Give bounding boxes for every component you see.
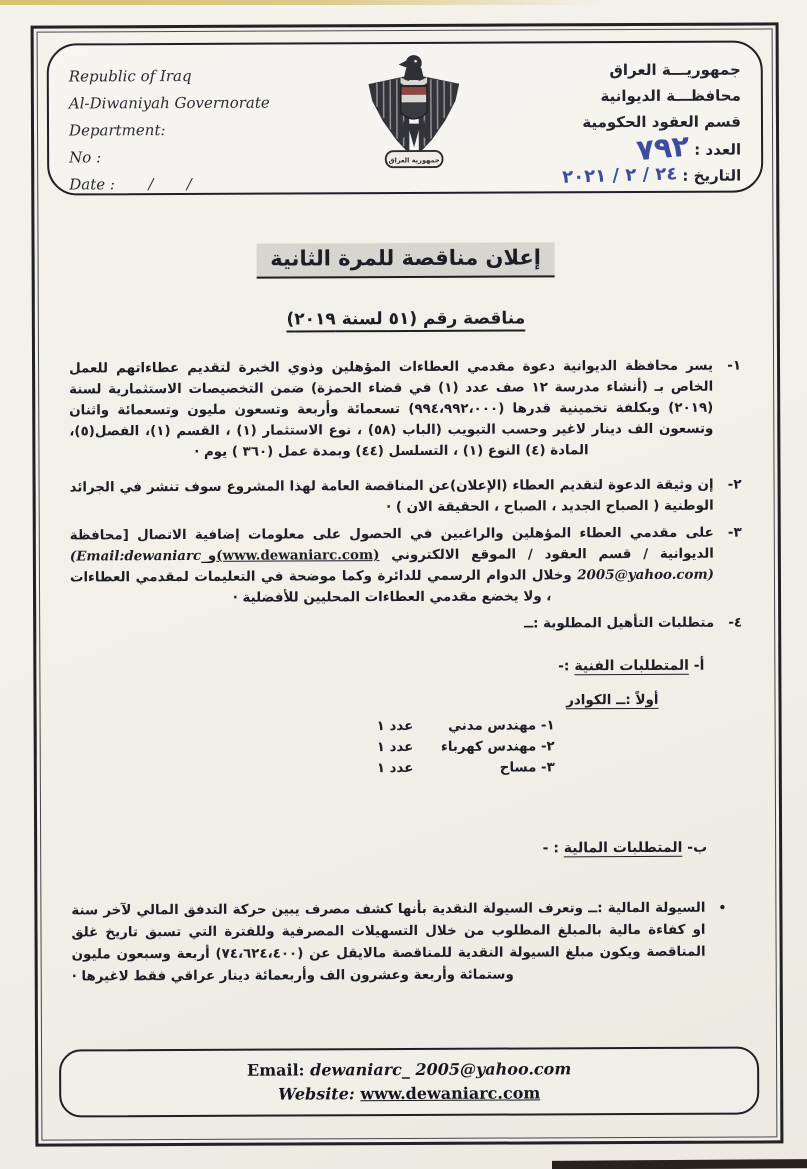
- letterhead-arabic: جمهوريـــة العراق محافظـــة الديوانية قس…: [501, 53, 742, 182]
- letterhead-governorate-en: Al-Diwaniyah Governorate: [69, 89, 327, 117]
- footer-email-label: Email:: [247, 1060, 305, 1079]
- paragraph-4-text: متطلبات التأهيل المطلوبة :ــ: [70, 613, 714, 637]
- letterhead-country-en: Republic of Iraq: [69, 62, 327, 90]
- document-number-line: العدد : ٧٩٢: [501, 135, 741, 166]
- letterhead-date-en: Date : / /: [69, 170, 327, 198]
- cadres-subheading: أولاً :ــ الكوادر: [566, 692, 659, 708]
- paragraph-1: ١- يسر محافظة الديوانية دعوة مقدمي العطا…: [69, 356, 741, 464]
- cadre-row-surveyor: ٣- مساح عدد ١: [377, 758, 555, 779]
- number-label: العدد :: [694, 141, 741, 159]
- cadres-list: ١- مهندس مدني عدد ١ ٢- مهندس كهرباء عدد …: [51, 715, 765, 780]
- cadre-name: ١- مهندس مدني: [448, 716, 555, 736]
- letterhead-contracts-dept-ar: قسم العقود الحكومية: [501, 109, 741, 136]
- footer-email-line: Email: dewaniarc_ 2005@yahoo.com: [247, 1057, 571, 1082]
- paragraph-2-text: إن وثيقة الدعوة لتقديم العطاء (الإعلان)ع…: [70, 475, 714, 520]
- paragraph-3-number: ٣-: [714, 523, 742, 607]
- svg-text:جمهورية العراق: جمهورية العراق: [389, 156, 440, 164]
- letterhead-department-en: Department:: [69, 116, 327, 144]
- liquidity-paragraph: • السيولة المالية :ــ وتعرف السيولة النق…: [71, 898, 739, 989]
- cadre-row-civil-engineer: ١- مهندس مدني عدد ١: [377, 716, 555, 737]
- footer-website-value[interactable]: www.dewaniarc.com: [360, 1083, 540, 1103]
- paragraph-4: ٤- متطلبات التأهيل المطلوبة :ــ: [70, 613, 742, 637]
- paragraph-3: ٣- على مقدمي العطاء المؤهلين والراغبين ف…: [70, 523, 742, 610]
- paragraph-4-number: ٤-: [714, 613, 742, 634]
- iraq-eagle-emblem-icon: جمهورية العراق: [362, 51, 467, 185]
- cadre-row-electrical-engineer: ٢- مهندس كهرباء عدد ١: [377, 737, 555, 758]
- footer-website-label: Website:: [278, 1084, 355, 1103]
- handwritten-document-number: ٧٩٢: [635, 135, 690, 160]
- paragraph-2-number: ٢-: [714, 475, 742, 517]
- cadre-name: ٢- مهندس كهرباء: [441, 737, 555, 757]
- letterhead-english: Republic of Iraq Al-Diwaniyah Governorat…: [69, 54, 328, 183]
- document-date-line: التاريخ : ٢٤ / ٢ / ٢٠٢١: [501, 165, 741, 196]
- cadre-count: عدد ١: [377, 759, 414, 779]
- letterhead-governorate-ar: محافظـــة الديوانية: [501, 83, 741, 110]
- bullet-icon: •: [705, 898, 739, 986]
- document-border-frame: Republic of Iraq Al-Diwaniyah Governorat…: [31, 22, 784, 1146]
- scan-edge-strip: [0, 0, 807, 5]
- tender-number-subtitle: مناقصة رقم (٥١ لسنة ٢٠١٩): [286, 308, 525, 332]
- letterhead-no-en: No :: [69, 143, 327, 171]
- cadre-count: عدد ١: [377, 738, 414, 758]
- scan-table-shadow: [552, 1159, 807, 1169]
- technical-requirements-heading: المتطلبات الفنية: [574, 658, 689, 674]
- footer-website-line: Website: www.dewaniarc.com: [278, 1081, 540, 1106]
- financial-requirements-heading: المتطلبات المالية: [564, 840, 683, 857]
- scanned-page: Republic of Iraq Al-Diwaniyah Governorat…: [0, 0, 807, 1169]
- section-b-label: ب-: [687, 840, 707, 856]
- footer-contact-box: Email: dewaniarc_ 2005@yahoo.com Website…: [59, 1046, 759, 1117]
- cadre-count: عدد ١: [377, 717, 414, 737]
- date-label: التاريخ :: [682, 167, 741, 185]
- website-link[interactable]: (www.dewaniarc.com): [216, 547, 379, 564]
- section-a-label: أ-: [694, 658, 705, 674]
- page-title: إعلان مناقصة للمرة الثانية: [256, 242, 555, 278]
- paragraph-1-number: ١-: [713, 356, 741, 461]
- paragraph-1-text: يسر محافظة الديوانية دعوة مقدمي العطاءات…: [69, 356, 713, 464]
- section-a-suffix: :-: [558, 658, 574, 674]
- cadre-name: ٣- مساح: [500, 758, 555, 778]
- paragraph-2: ٢- إن وثيقة الدعوة لتقديم العطاء (الإعلا…: [70, 475, 742, 520]
- footer-email-value[interactable]: dewaniarc_ 2005@yahoo.com: [310, 1059, 571, 1079]
- document-body: إعلان مناقصة للمرة الثانية مناقصة رقم (٥…: [48, 195, 766, 1129]
- section-b-suffix: : -: [543, 840, 564, 856]
- section-b-heading: ب- المتطلبات المالية : -: [51, 840, 707, 859]
- letterhead: Republic of Iraq Al-Diwaniyah Governorat…: [47, 40, 764, 195]
- paragraph-3-text: على مقدمي العطاء المؤهلين والراغبين في ا…: [70, 523, 714, 610]
- section-a-heading: أ- المتطلبات الفنية :-: [50, 658, 704, 677]
- paragraph-3-after: وخلال الدوام الرسمي للدائرة وكما موضحة ف…: [70, 568, 577, 606]
- liquidity-text: السيولة المالية :ــ وتعرف السيولة النقدي…: [71, 898, 705, 989]
- handwritten-date: ٢٤ / ٢ / ٢٠٢١: [562, 163, 678, 188]
- letterhead-country-ar: جمهوريـــة العراق: [501, 57, 741, 84]
